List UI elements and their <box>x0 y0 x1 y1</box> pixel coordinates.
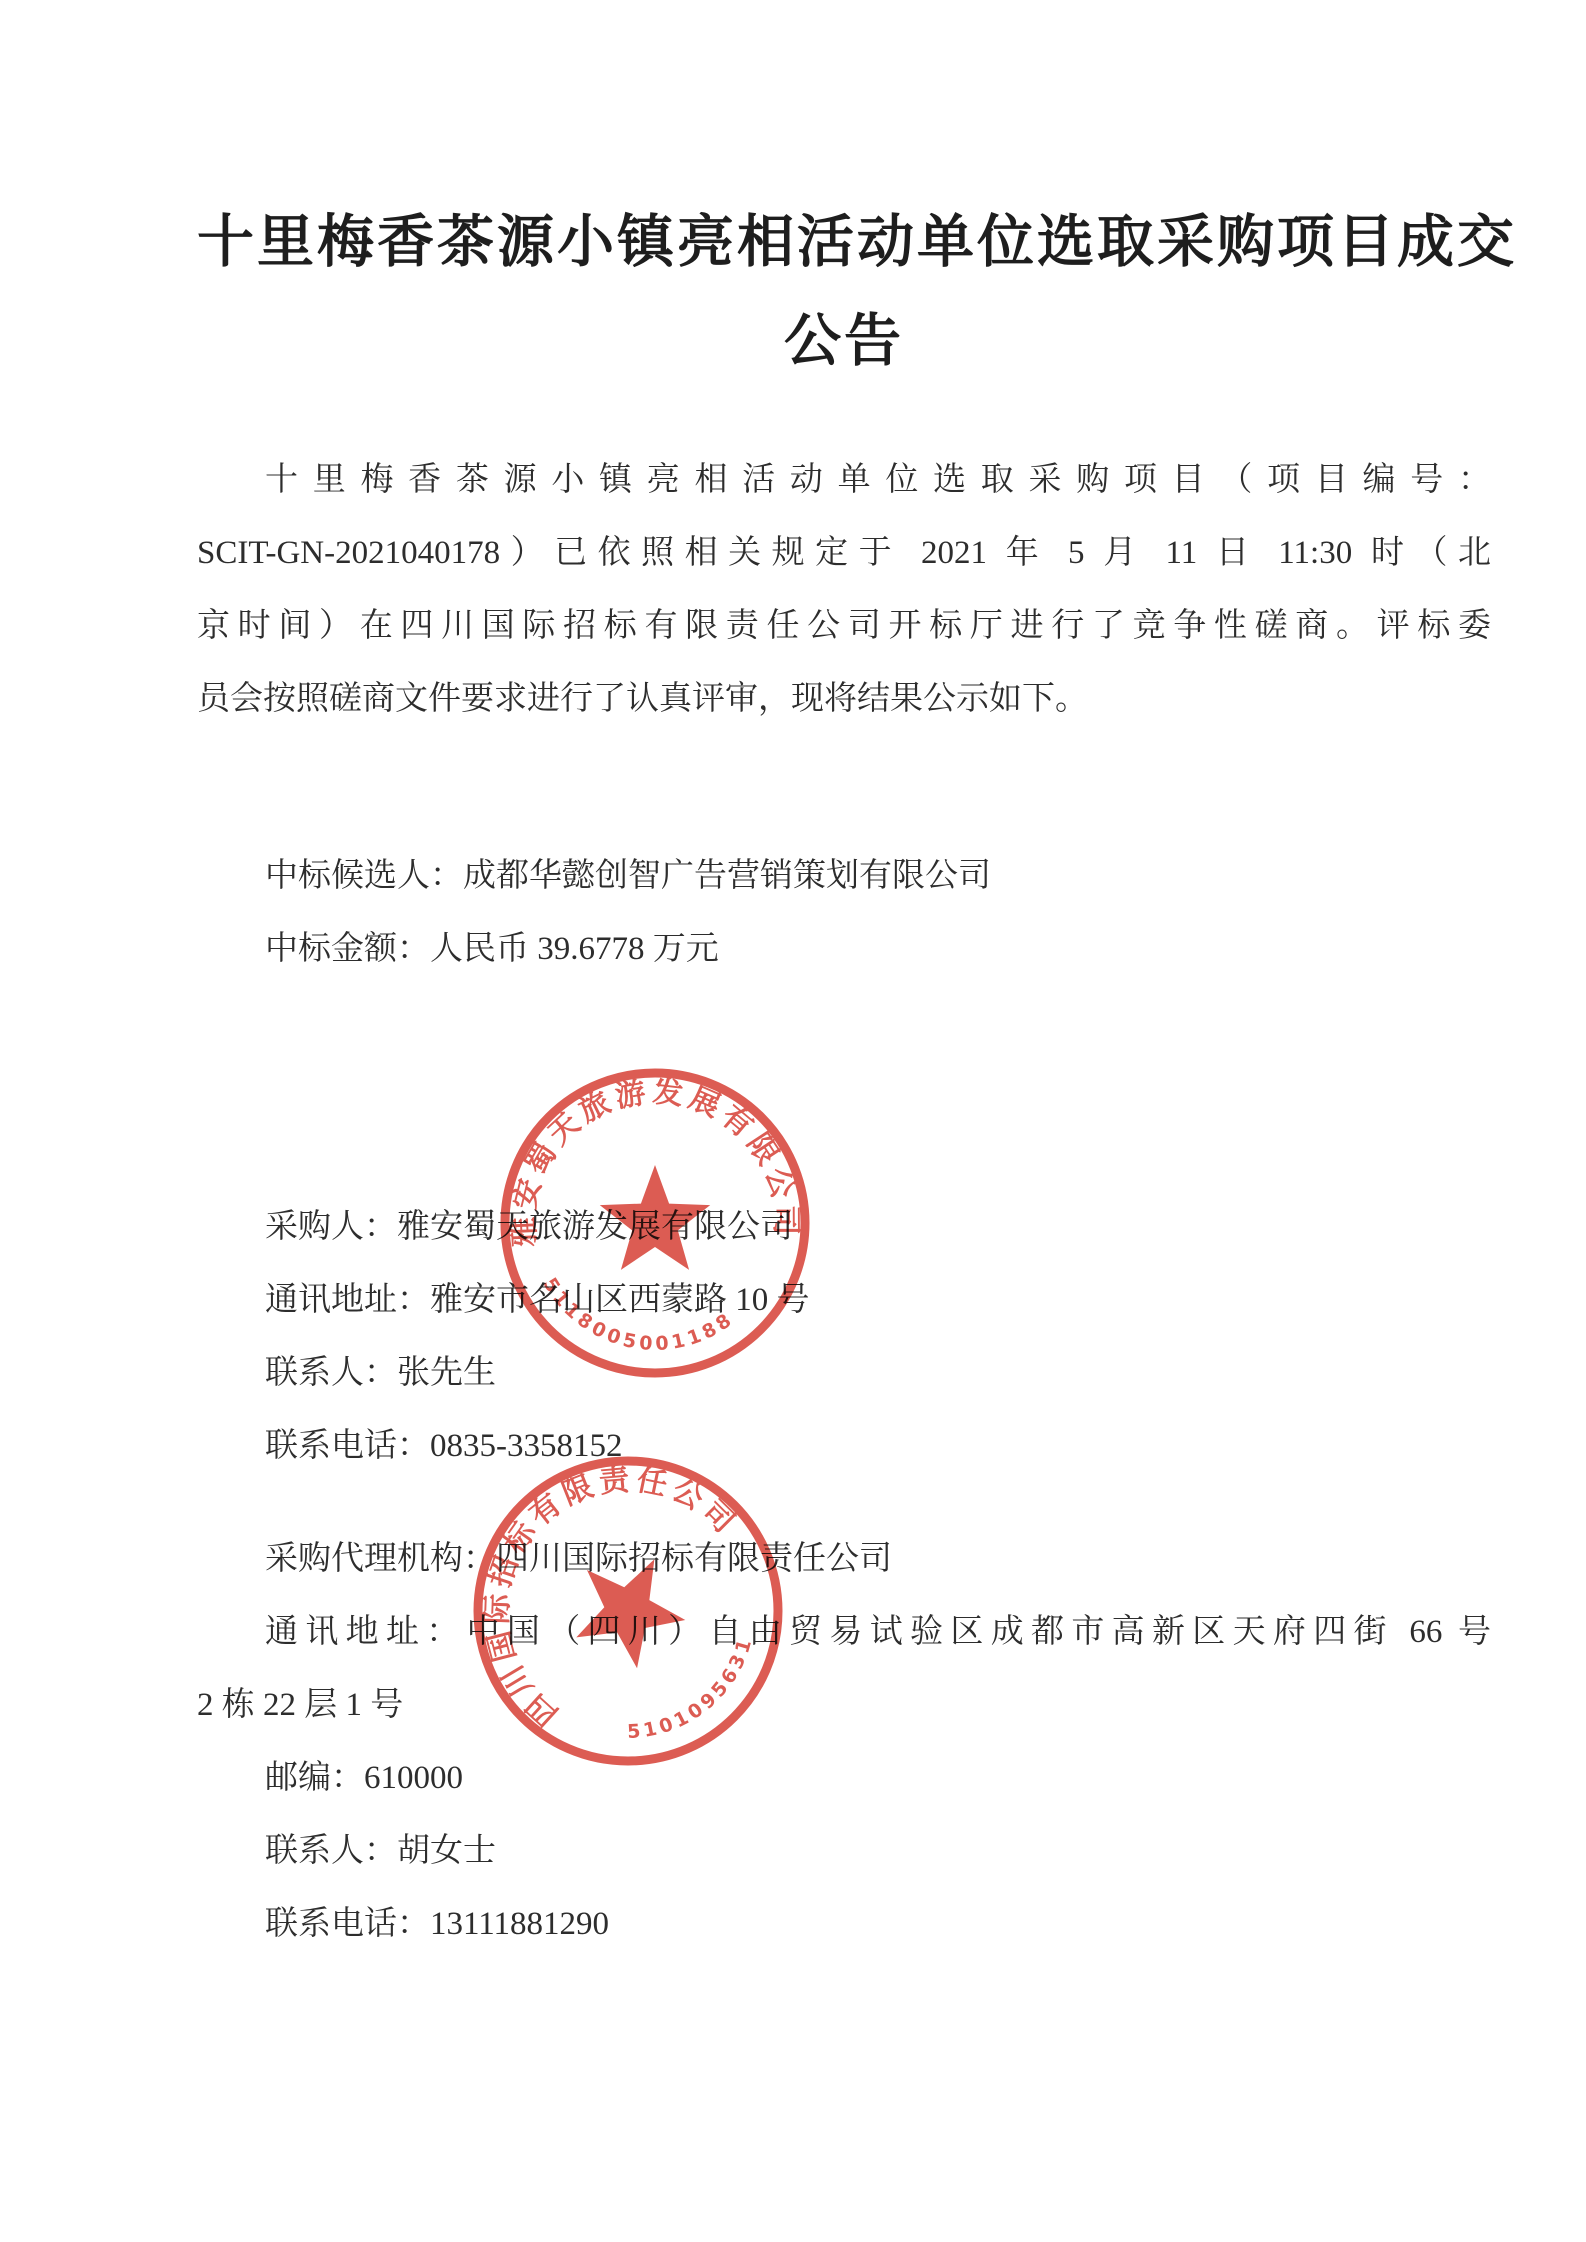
agency-address-line-1: 通讯地址：中国（四川）自由贸易试验区成都市高新区天府四街 66 号 <box>197 1596 1491 1669</box>
purchaser-phone-line: 联系电话：0835-3358152 <box>197 1410 1491 1483</box>
purchaser-address-line: 通讯地址：雅安市名山区西蒙路 10 号 <box>197 1264 1491 1337</box>
award-section: 中标候选人：成都华懿创智广告营销策划有限公司 中标金额：人民币 39.6778 … <box>197 840 1491 986</box>
page-title-line-1: 十里梅香茶源小镇亮相活动单位选取采购项目成交 <box>197 193 1491 292</box>
award-candidate-line: 中标候选人：成都华懿创智广告营销策划有限公司 <box>197 840 1491 913</box>
agency-postcode-line: 邮编：610000 <box>197 1742 1491 1815</box>
agency-name-line: 采购代理机构：四川国际招标有限责任公司 <box>197 1523 1491 1596</box>
red-seal-stamp-agency-svg: 四川国际招标有限责任公司 5101095631 <box>463 1446 793 1776</box>
intro-paragraph: 十里梅香茶源小镇亮相活动单位选取采购项目（项目编号： SCIT-GN-20210… <box>197 444 1491 736</box>
page-title-line-2: 公告 <box>197 292 1491 391</box>
intro-line: 十里梅香茶源小镇亮相活动单位选取采购项目（项目编号： <box>197 444 1491 517</box>
agency-address-line-2: 2 栋 22 层 1 号 <box>197 1669 1491 1742</box>
red-seal-stamp-purchaser: 雅安蜀天旅游发展有限公司 5118005001188 <box>490 1058 820 1388</box>
red-seal-stamp-purchaser-svg: 雅安蜀天旅游发展有限公司 5118005001188 <box>490 1058 820 1388</box>
agency-phone-line: 联系电话：13111881290 <box>197 1888 1491 1961</box>
purchaser-section: 采购人：雅安蜀天旅游发展有限公司 通讯地址：雅安市名山区西蒙路 10 号 联系人… <box>197 1191 1491 1483</box>
seal-star-icon <box>600 1165 710 1270</box>
intro-line: 京时间）在四川国际招标有限责任公司开标厅进行了竞争性磋商。评标委 <box>197 590 1491 663</box>
intro-line: 员会按照磋商文件要求进行了认真评审，现将结果公示如下。 <box>197 663 1491 736</box>
red-seal-stamp-agency: 四川国际招标有限责任公司 5101095631 <box>463 1446 793 1776</box>
award-amount-line: 中标金额：人民币 39.6778 万元 <box>197 913 1491 986</box>
announcement-page: 十里梅香茶源小镇亮相活动单位选取采购项目成交 公告 十里梅香茶源小镇亮相活动单位… <box>0 0 1586 2242</box>
intro-line: SCIT-GN-2021040178）已依照相关规定于 2021 年 5 月 1… <box>197 517 1491 590</box>
purchaser-name-line: 采购人：雅安蜀天旅游发展有限公司 <box>197 1191 1491 1264</box>
page-title: 十里梅香茶源小镇亮相活动单位选取采购项目成交 公告 <box>197 193 1491 391</box>
agency-section: 采购代理机构：四川国际招标有限责任公司 通讯地址：中国（四川）自由贸易试验区成都… <box>197 1523 1491 1961</box>
agency-contact-line: 联系人：胡女士 <box>197 1815 1491 1888</box>
seal-star-icon <box>548 1531 700 1683</box>
purchaser-contact-line: 联系人：张先生 <box>197 1337 1491 1410</box>
